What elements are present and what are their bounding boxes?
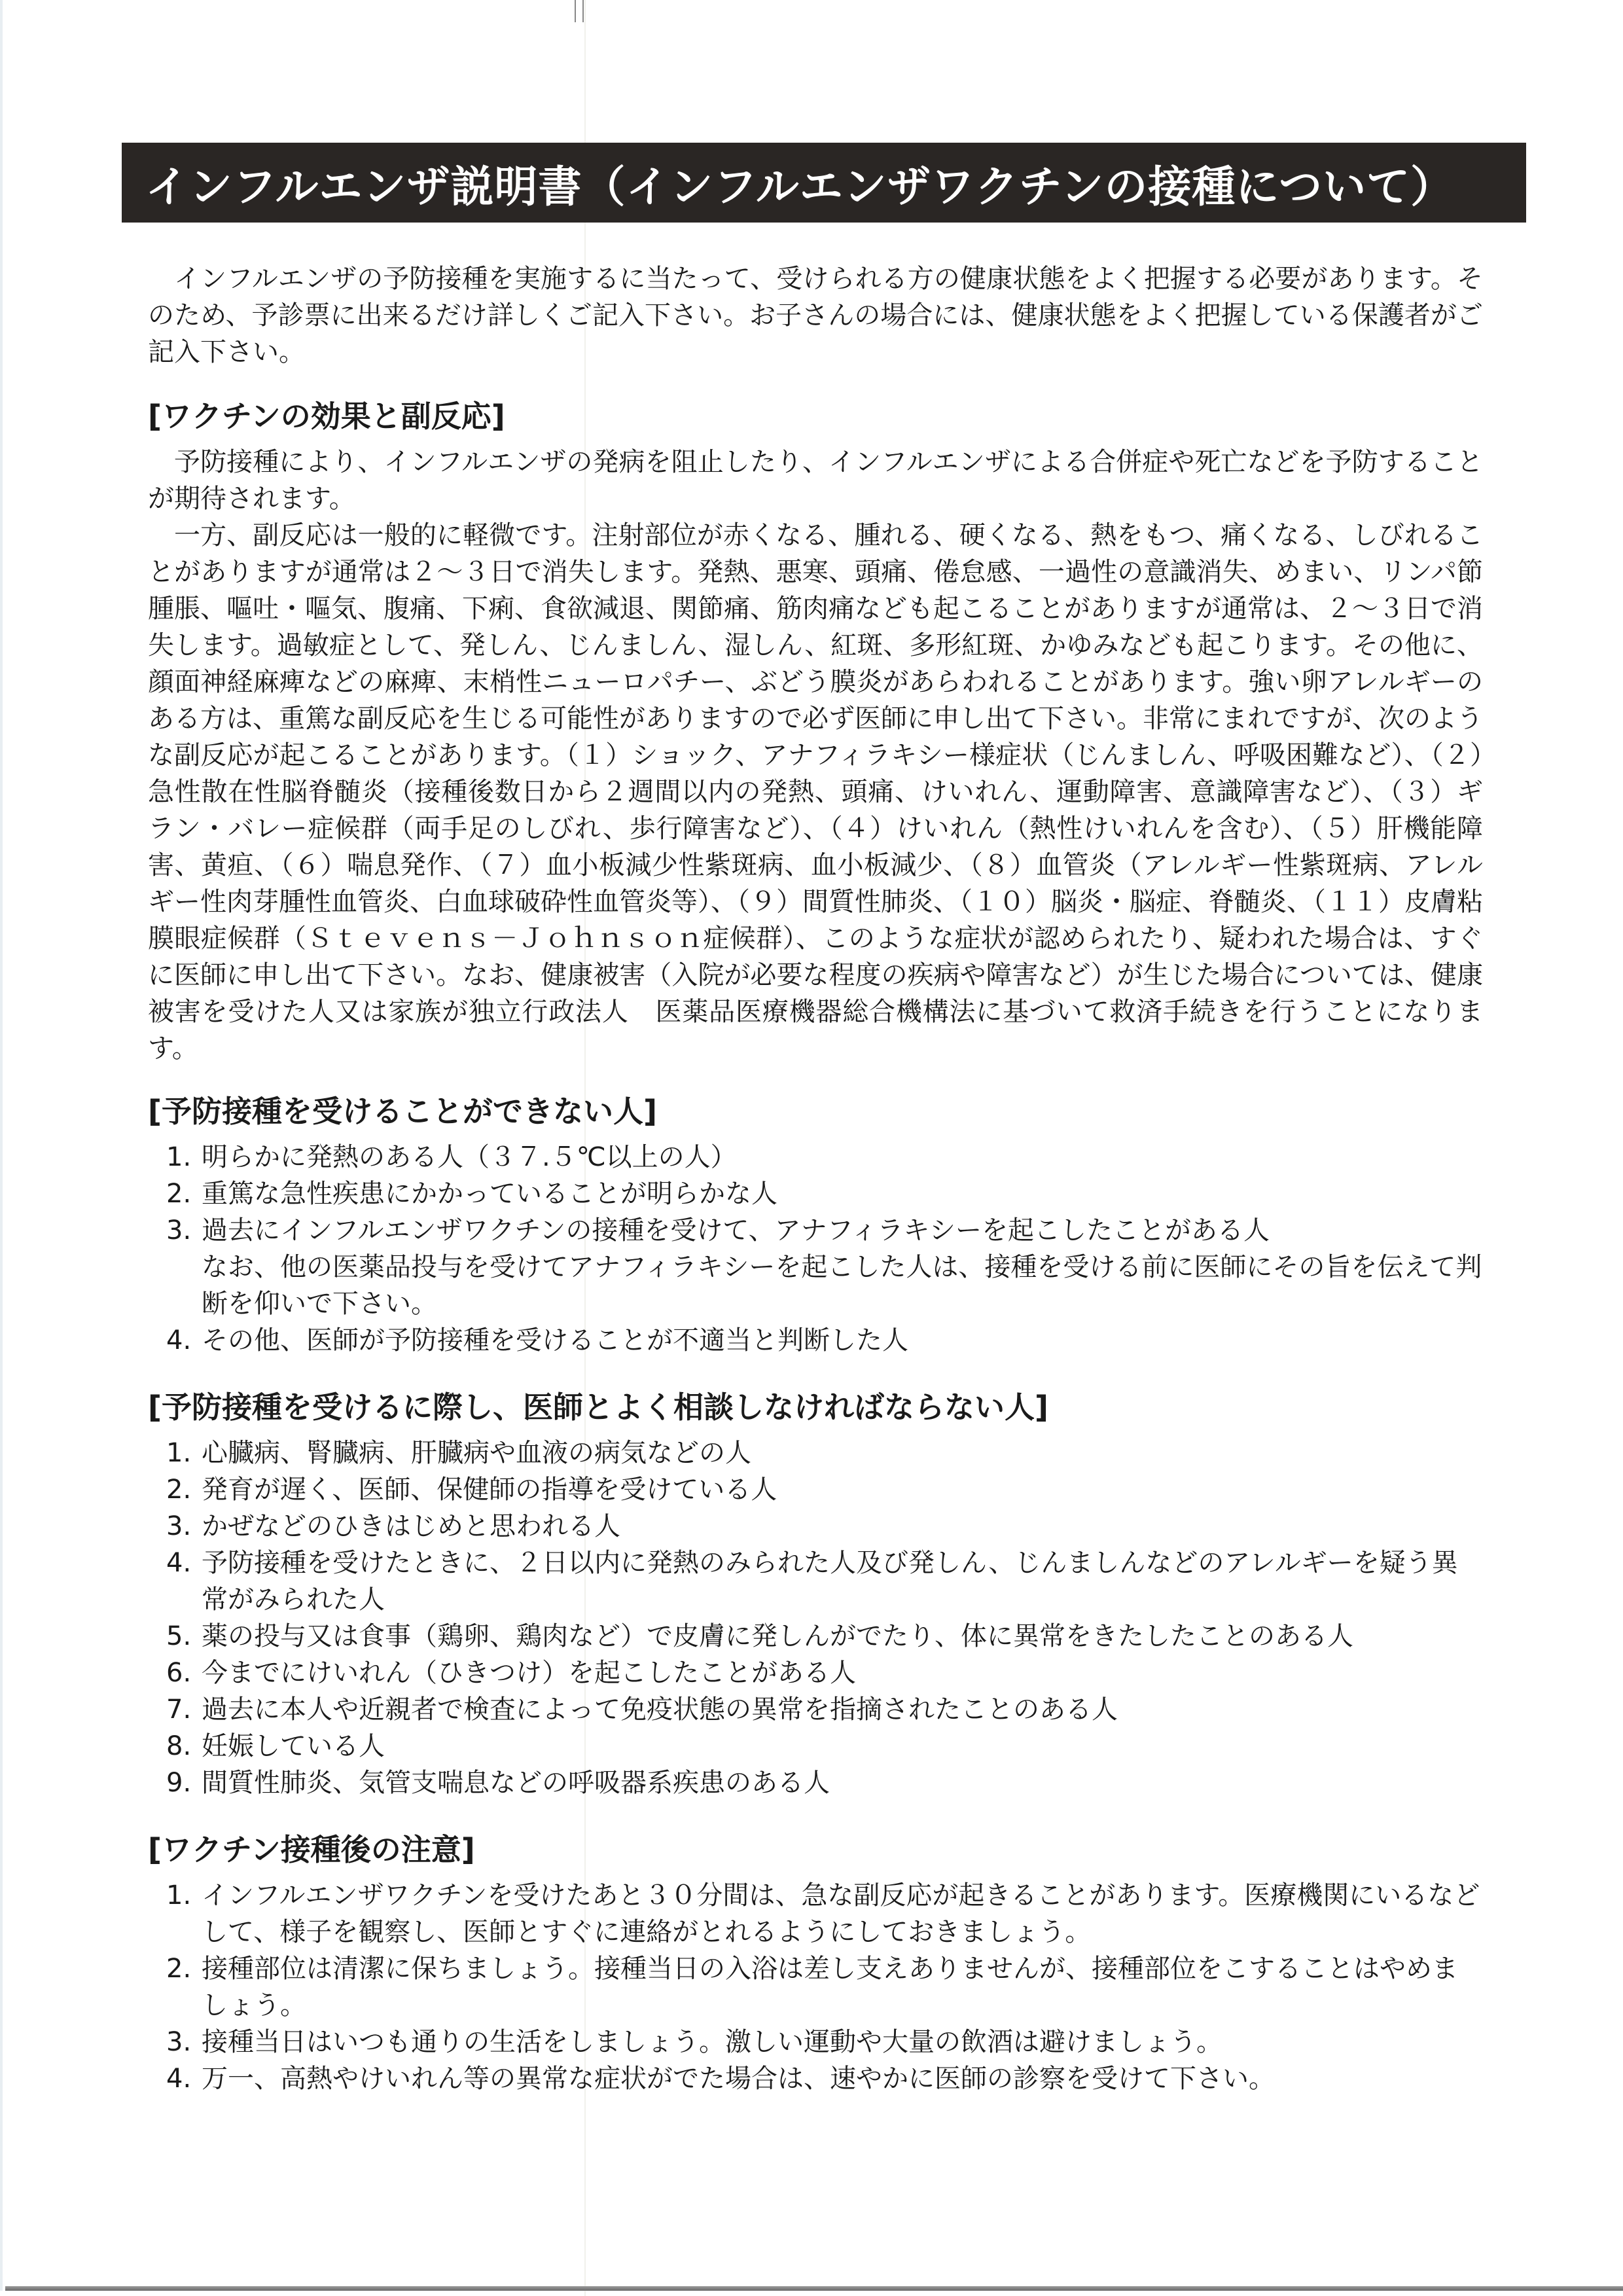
staple-marks: [575, 0, 584, 22]
list-item: 1.心臓病、腎臓病、肝臓病や血液の病気などの人: [166, 1435, 1483, 1471]
item-number: 8.: [166, 1728, 202, 1765]
page-bottom-shadow: [5, 2286, 1623, 2291]
item-text: 発育が遅く、医師、保健師の指導を受けている人: [202, 1471, 1483, 1508]
item-text: 万一、高熱やけいれん等の異常な症状がでた場合は、速やかに医師の診察を受けて下さい…: [202, 2060, 1483, 2097]
section-consult-doctor: [予防接種を受けるに際し、医師とよく相談しなければならない人] 1.心臓病、腎臓…: [148, 1388, 1483, 1801]
section-vaccine-effects: [ワクチンの効果と副反応] 予防接種により、インフルエンザの発病を阻止したり、イ…: [148, 397, 1483, 1067]
list-item: 1.明らかに発熱のある人（３７.５℃以上の人）: [166, 1139, 1483, 1175]
paragraph: 予防接種により、インフルエンザの発病を阻止したり、インフルエンザによる合併症や死…: [148, 444, 1483, 517]
item-number: 3.: [166, 1212, 202, 1322]
numbered-list: 1.心臓病、腎臓病、肝臓病や血液の病気などの人 2.発育が遅く、医師、保健師の指…: [148, 1435, 1483, 1801]
list-item: 4.その他、医師が予防接種を受けることが不適当と判断した人: [166, 1322, 1483, 1359]
item-number: 3.: [166, 2024, 202, 2060]
item-number: 5.: [166, 1618, 202, 1655]
item-number: 4.: [166, 1322, 202, 1359]
list-item: 2.接種部位は清潔に保ちましょう。接種当日の入浴は差し支えありませんが、接種部位…: [166, 1950, 1483, 2024]
item-number: 4.: [166, 1545, 202, 1618]
item-text: 妊娠している人: [202, 1728, 1483, 1765]
item-number: 2.: [166, 1471, 202, 1508]
item-text: その他、医師が予防接種を受けることが不適当と判断した人: [202, 1322, 1483, 1359]
item-number: 1.: [166, 1435, 202, 1471]
item-text: 明らかに発熱のある人（３７.５℃以上の人）: [202, 1139, 1483, 1175]
list-item: 9.間質性肺炎、気管支喘息などの呼吸器系疾患のある人: [166, 1765, 1483, 1801]
item-text: 過去に本人や近親者で検査によって免疫状態の異常を指摘されたことのある人: [202, 1691, 1483, 1728]
list-item: 3.過去にインフルエンザワクチンの接種を受けて、アナフィラキシーを起こしたことが…: [166, 1212, 1483, 1322]
section-heading: [ワクチン接種後の注意]: [148, 1830, 1483, 1869]
section-heading: [予防接種を受けることができない人]: [148, 1092, 1483, 1131]
numbered-list: 1.インフルエンザワクチンを受けたあと３０分間は、急な副反応が起きることがありま…: [148, 1877, 1483, 2097]
item-text: 予防接種を受けたときに、２日以内に発熱のみられた人及び発しん、じんましんなどのア…: [202, 1545, 1483, 1618]
intro-paragraph: インフルエンザの予防接種を実施するに当たって、受けられる方の健康状態をよく把握す…: [148, 260, 1483, 370]
item-text: 薬の投与又は食事（鶏卵、鶏肉など）で皮膚に発しんがでたり、体に異常をきたしたこと…: [202, 1618, 1483, 1655]
item-text: 今までにけいれん（ひきつけ）を起こしたことがある人: [202, 1655, 1483, 1691]
item-text: 間質性肺炎、気管支喘息などの呼吸器系疾患のある人: [202, 1765, 1483, 1801]
list-item: 6.今までにけいれん（ひきつけ）を起こしたことがある人: [166, 1655, 1483, 1691]
item-text: 過去にインフルエンザワクチンの接種を受けて、アナフィラキシーを起こしたことがある…: [202, 1212, 1483, 1322]
page-edge: [0, 0, 3, 2291]
list-item: 2.発育が遅く、医師、保健師の指導を受けている人: [166, 1471, 1483, 1508]
list-item: 8.妊娠している人: [166, 1728, 1483, 1765]
item-text: 重篤な急性疾患にかかっていることが明らかな人: [202, 1175, 1483, 1212]
item-number: 4.: [166, 2060, 202, 2097]
item-number: 2.: [166, 1175, 202, 1212]
item-number: 7.: [166, 1691, 202, 1728]
document-body: インフルエンザの予防接種を実施するに当たって、受けられる方の健康状態をよく把握す…: [148, 260, 1483, 2097]
item-text: 接種当日はいつも通りの生活をしましょう。激しい運動や大量の飲酒は避けましょう。: [202, 2024, 1483, 2060]
section-after-vaccination: [ワクチン接種後の注意] 1.インフルエンザワクチンを受けたあと３０分間は、急な…: [148, 1830, 1483, 2097]
item-number: 3.: [166, 1508, 202, 1545]
item-number: 2.: [166, 1950, 202, 2024]
document-title: インフルエンザ説明書（インフルエンザワクチンの接種について）: [145, 152, 1454, 214]
list-item: 1.インフルエンザワクチンを受けたあと３０分間は、急な副反応が起きることがありま…: [166, 1877, 1483, 1950]
item-number: 1.: [166, 1877, 202, 1950]
paragraph: 一方、副反応は一般的に軽微です。注射部位が赤くなる、腫れる、硬くなる、熱をもつ、…: [148, 517, 1483, 1067]
list-item: 3.接種当日はいつも通りの生活をしましょう。激しい運動や大量の飲酒は避けましょう…: [166, 2024, 1483, 2060]
item-text: インフルエンザワクチンを受けたあと３０分間は、急な副反応が起きることがあります。…: [202, 1877, 1483, 1950]
numbered-list: 1.明らかに発熱のある人（３７.５℃以上の人） 2.重篤な急性疾患にかかっている…: [148, 1139, 1483, 1359]
list-item: 7.過去に本人や近親者で検査によって免疫状態の異常を指摘されたことのある人: [166, 1691, 1483, 1728]
item-text: 心臓病、腎臓病、肝臓病や血液の病気などの人: [202, 1435, 1483, 1471]
section-heading: [予防接種を受けるに際し、医師とよく相談しなければならない人]: [148, 1388, 1483, 1427]
list-item: 3.かぜなどのひきはじめと思われる人: [166, 1508, 1483, 1545]
item-number: 9.: [166, 1765, 202, 1801]
section-cannot-receive: [予防接種を受けることができない人] 1.明らかに発熱のある人（３７.５℃以上の…: [148, 1092, 1483, 1359]
list-item: 4.万一、高熱やけいれん等の異常な症状がでた場合は、速やかに医師の診察を受けて下…: [166, 2060, 1483, 2097]
section-heading: [ワクチンの効果と副反応]: [148, 397, 1483, 436]
item-text: 接種部位は清潔に保ちましょう。接種当日の入浴は差し支えありませんが、接種部位をこ…: [202, 1950, 1483, 2024]
list-item: 2.重篤な急性疾患にかかっていることが明らかな人: [166, 1175, 1483, 1212]
item-number: 1.: [166, 1139, 202, 1175]
item-number: 6.: [166, 1655, 202, 1691]
list-item: 5.薬の投与又は食事（鶏卵、鶏肉など）で皮膚に発しんがでたり、体に異常をきたした…: [166, 1618, 1483, 1655]
item-text: かぜなどのひきはじめと思われる人: [202, 1508, 1483, 1545]
title-banner: インフルエンザ説明書（インフルエンザワクチンの接種について）: [122, 143, 1526, 223]
list-item: 4.予防接種を受けたときに、２日以内に発熱のみられた人及び発しん、じんましんなど…: [166, 1545, 1483, 1618]
